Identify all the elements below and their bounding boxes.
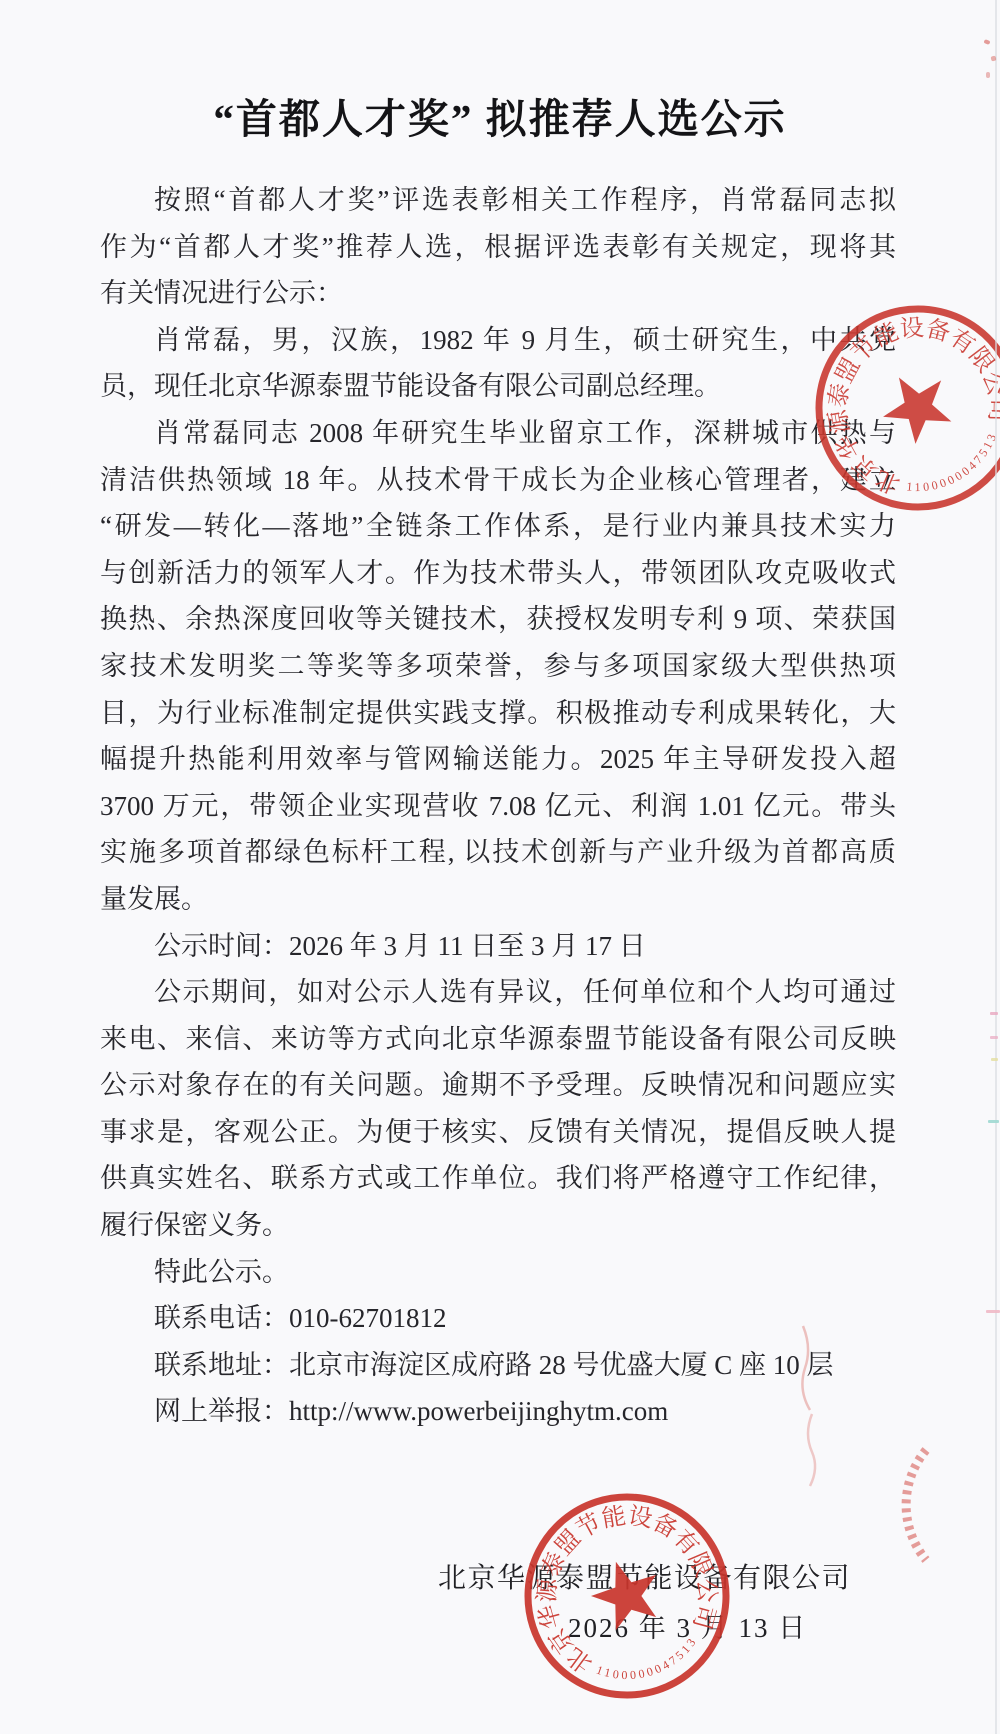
body-line: 履行保密义务。 [100,1202,896,1249]
scan-artifact-tick [988,1120,999,1123]
body-line: 肖常磊同志 2008 年研究生毕业留京工作，深耕城市供热与 [100,410,896,457]
body-line: 作为“首都人才奖”推荐人选，根据评选表彰有关规定，现将其 [100,224,896,271]
body-line: 3700 万元，带领企业实现营收 7.08 亿元、利润 1.01 亿元。带头 [100,783,896,830]
document-title: “首都人才奖” 拟推荐人选公示 [0,86,1000,145]
scan-artifact-speck [983,39,990,45]
body-line: 换热、余热深度回收等关键技术，获授权发明专利 9 项、荣获国 [100,596,896,643]
body-line: 清洁供热领域 18 年。从技术骨干成长为企业核心管理者，建立 [100,457,896,504]
body-line: 量发展。 [100,876,896,923]
stray-seal-arc [906,1450,926,1560]
body-line: 与创新活力的领军人才。作为技术带头人，带领团队攻克吸收式 [100,550,896,597]
scan-edge-line [995,0,997,1734]
body-line: 员，现任北京华源泰盟节能设备有限公司副总经理。 [100,363,896,410]
body-line: 有关情况进行公示： [100,270,896,317]
company-seal-stamp-bottom: 北京华源泰盟节能设备有限公司 1100000047513 [517,1486,737,1706]
seal-code-text: 1100000047513 [900,425,1000,510]
body-line: 供真实姓名、联系方式或工作单位。我们将严格遵守工作纪律， [100,1155,896,1202]
body-line: 幅提升热能利用效率与管网输送能力。2025 年主导研发投入超 [100,736,896,783]
scan-artifact-tick [990,1036,998,1039]
signature-date: 2026 年 3 月 13 日 [568,1606,807,1645]
body-line: 联系地址：北京市海淀区成府路 28 号优盛大厦 C 座 10 层 [100,1342,896,1389]
body-line: 公示时间：2026 年 3 月 11 日至 3 月 17 日 [100,923,896,970]
body-line: 特此公示。 [100,1249,896,1296]
body-line: 联系电话：010-62701812 [100,1295,896,1342]
scan-artifact-tick [986,1310,1000,1313]
scanned-document-page: “首都人才奖” 拟推荐人选公示 按照“首都人才奖”评选表彰相关工作程序，肖常磊同… [0,0,1000,1734]
body-line: 事求是，客观公正。为便于核实、反馈有关情况，提倡反映人提 [100,1109,896,1156]
document-body: 按照“首都人才奖”评选表彰相关工作程序，肖常磊同志拟 作为“首都人才奖”推荐人选… [100,177,896,1435]
body-line: “研发—转化—落地”全链条工作体系，是行业内兼具技术实力 [100,503,896,550]
body-line: 网上举报：http://www.powerbeijinghytm.com [100,1388,896,1435]
scan-artifact-tick [991,1058,998,1061]
body-line: 肖常磊，男，汉族，1982 年 9 月生，硕士研究生，中共党 [100,317,896,364]
svg-text:1100000047513: 1100000047513 [900,425,1000,510]
scan-artifact-speck [986,72,990,78]
signature-company-name: 北京华源泰盟节能设备有限公司 [438,1556,851,1596]
body-line: 来电、来信、来访等方式向北京华源泰盟节能设备有限公司反映 [100,1016,896,1063]
body-line: 公示期间，如对公示人选有异议，任何单位和个人均可通过 [100,969,896,1016]
body-line: 家技术发明奖二等奖等多项荣誉，参与多项国家级大型供热项 [100,643,896,690]
body-line: 实施多项首都绿色标杆工程, 以技术创新与产业升级为首都高质 [100,829,896,876]
body-line: 公示对象存在的有关问题。逾期不予受理。反映情况和问题应实 [100,1062,896,1109]
body-line: 按照“首都人才奖”评选表彰相关工作程序，肖常磊同志拟 [100,177,896,224]
scan-artifact-tick [990,1012,998,1015]
seal-ring [517,1486,737,1706]
body-line: 目，为行业标准制定提供实践支撑。积极推动专利成果转化，大 [100,690,896,737]
